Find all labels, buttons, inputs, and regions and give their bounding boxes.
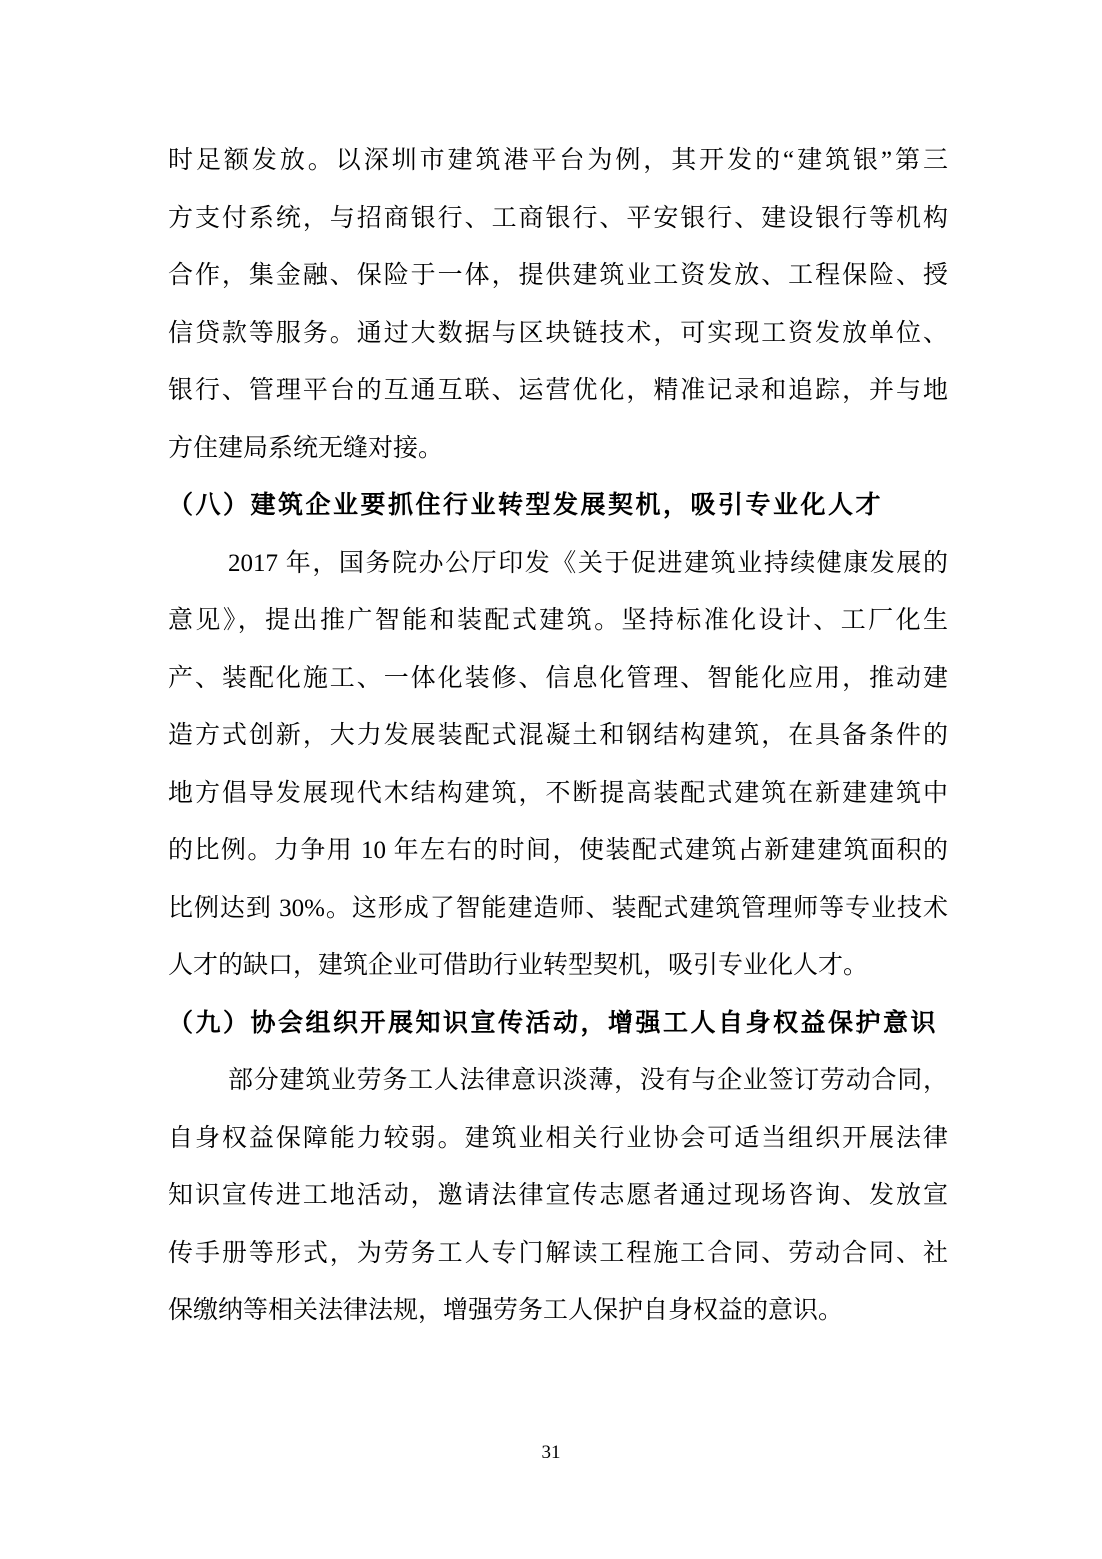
paragraph-section-8: 2017 年，国务院办公厅印发《关于促进建筑业持续健康发展的 意见》，提出推广智… [168,535,948,995]
body-line: 产、装配化施工、一体化装修、信息化管理、智能化应用，推动建 [168,650,948,708]
section-heading-9: （九）协会组织开展知识宣传活动，增强工人自身权益保护意识 [168,995,948,1053]
body-line: 部分建筑业劳务工人法律意识淡薄，没有与企业签订劳动合同， [168,1052,948,1110]
body-line: 保缴纳等相关法律法规，增强劳务工人保护自身权益的意识。 [168,1282,948,1340]
body-line: 知识宣传进工地活动，邀请法律宣传志愿者通过现场咨询、发放宣 [168,1167,948,1225]
body-line: 银行、管理平台的互通互联、运营优化，精准记录和追踪，并与地 [168,362,948,420]
page-number: 31 [0,1441,1102,1465]
body-line: 传手册等形式，为劳务工人专门解读工程施工合同、劳动合同、社 [168,1225,948,1283]
section-heading-8: （八）建筑企业要抓住行业转型发展契机，吸引专业化人才 [168,477,948,535]
body-line: 的比例。力争用 10 年左右的时间，使装配式建筑占新建建筑面积的 [168,822,948,880]
document-text-block: 时足额发放。以深圳市建筑港平台为例，其开发的“建筑银”第三 方支付系统，与招商银… [168,132,948,1340]
body-line: 人才的缺口，建筑企业可借助行业转型契机，吸引专业化人才。 [168,937,948,995]
paragraph-section-9: 部分建筑业劳务工人法律意识淡薄，没有与企业签订劳动合同， 自身权益保障能力较弱。… [168,1052,948,1340]
body-line: 2017 年，国务院办公厅印发《关于促进建筑业持续健康发展的 [168,535,948,593]
paragraph-continuation: 时足额发放。以深圳市建筑港平台为例，其开发的“建筑银”第三 方支付系统，与招商银… [168,132,948,477]
body-line: 地方倡导发展现代木结构建筑，不断提高装配式建筑在新建建筑中 [168,765,948,823]
body-line: 时足额发放。以深圳市建筑港平台为例，其开发的“建筑银”第三 [168,132,948,190]
body-line: 比例达到 30%。这形成了智能建造师、装配式建筑管理师等专业技术 [168,880,948,938]
body-line: 方支付系统，与招商银行、工商银行、平安银行、建设银行等机构 [168,190,948,248]
body-line: 合作，集金融、保险于一体，提供建筑业工资发放、工程保险、授 [168,247,948,305]
body-line: 造方式创新，大力发展装配式混凝土和钢结构建筑，在具备条件的 [168,707,948,765]
body-line: 信贷款等服务。通过大数据与区块链技术，可实现工资发放单位、 [168,305,948,363]
body-line: 意见》，提出推广智能和装配式建筑。坚持标准化设计、工厂化生 [168,592,948,650]
document-page: 时足额发放。以深圳市建筑港平台为例，其开发的“建筑银”第三 方支付系统，与招商银… [0,0,1102,1559]
body-line: 方住建局系统无缝对接。 [168,420,948,478]
body-line: 自身权益保障能力较弱。建筑业相关行业协会可适当组织开展法律 [168,1110,948,1168]
